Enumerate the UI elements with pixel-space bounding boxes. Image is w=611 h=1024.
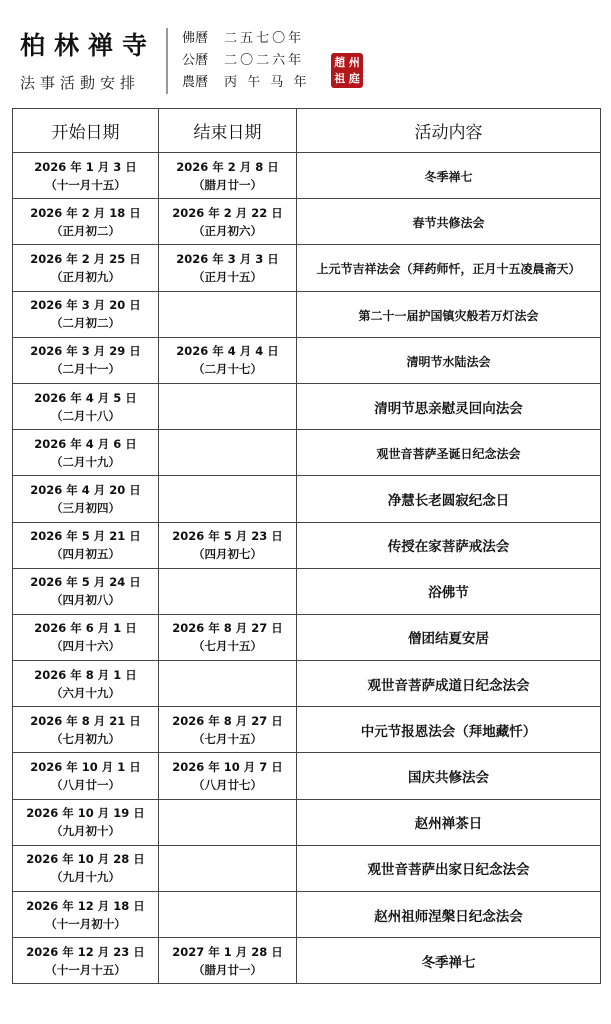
end-date-lunar: （腊月廿一）: [159, 961, 296, 979]
start-date-cell: 2026 年 8 月 1 日 （六月十九）: [13, 661, 159, 707]
start-date-lunar: （十一月十五）: [13, 961, 158, 979]
end-date-cell: 2026 年 8 月 27 日 （七月十五）: [159, 614, 297, 660]
activity-name: 传授在家菩萨戒法会: [388, 539, 510, 555]
start-date: 2026 年 3 月 20 日: [13, 296, 158, 314]
end-date-cell: [159, 661, 297, 707]
activity-cell: 冬季禅七: [297, 938, 601, 984]
seal-char: 祖: [333, 71, 347, 86]
end-date-lunar: （七月十五）: [159, 730, 296, 748]
calendar-value: 丙 午 马 年: [224, 75, 309, 90]
table-row: 2026 年 3 月 29 日 （二月十一） 2026 年 4 月 4 日 （二…: [13, 337, 601, 383]
start-date: 2026 年 4 月 5 日: [13, 389, 158, 407]
activity-cell: 清明节思亲慰灵回向法会: [297, 383, 601, 429]
start-date-cell: 2026 年 6 月 1 日 （四月十六）: [13, 614, 159, 660]
table-row: 2026 年 12 月 18 日 （十一月初十） 赵州祖师涅槃日纪念法会: [13, 892, 601, 938]
end-date-cell: [159, 845, 297, 891]
gregorian-calendar-year: 公曆 二〇二六年: [182, 50, 310, 72]
end-date-lunar: （正月初六）: [159, 222, 296, 240]
activity-cell: 净慧长老圆寂纪念日: [297, 476, 601, 522]
red-seal-stamp-icon: 趙 州 祖 庭: [331, 53, 363, 88]
end-date-cell: 2026 年 8 月 27 日 （七月十五）: [159, 707, 297, 753]
table-row: 2026 年 10 月 28 日 （九月十九） 观世音菩萨出家日纪念法会: [13, 845, 601, 891]
end-date-cell: 2026 年 3 月 3 日 （正月十五）: [159, 245, 297, 291]
start-date: 2026 年 3 月 29 日: [13, 342, 158, 360]
start-date-lunar: （二月十一）: [13, 360, 158, 378]
start-date-lunar: （十一月十五）: [13, 176, 158, 194]
column-header-end-date: 结束日期: [159, 109, 297, 153]
table-row: 2026 年 2 月 18 日 （正月初二） 2026 年 2 月 22 日 （…: [13, 199, 601, 245]
end-date-cell: [159, 799, 297, 845]
column-header-start-date: 开始日期: [13, 109, 159, 153]
end-date: 2026 年 10 月 7 日: [159, 758, 296, 776]
schedule-subtitle: 法事活動安排: [20, 72, 140, 93]
table-row: 2026 年 1 月 3 日 （十一月十五） 2026 年 2 月 8 日 （腊…: [13, 153, 601, 199]
activity-name: 赵州祖师涅槃日纪念法会: [374, 909, 523, 925]
activity-cell: 观世音菩萨圣诞日纪念法会: [297, 430, 601, 476]
start-date: 2026 年 5 月 24 日: [13, 573, 158, 591]
start-date-cell: 2026 年 1 月 3 日 （十一月十五）: [13, 153, 159, 199]
start-date-lunar: （正月初二）: [13, 222, 158, 240]
start-date-lunar: （八月廿一）: [13, 776, 158, 794]
end-date-cell: 2026 年 10 月 7 日 （八月廿七）: [159, 753, 297, 799]
end-date-lunar: （四月初七）: [159, 545, 296, 563]
start-date: 2026 年 10 月 1 日: [13, 758, 158, 776]
start-date-cell: 2026 年 10 月 1 日 （八月廿一）: [13, 753, 159, 799]
end-date-cell: 2027 年 1 月 28 日 （腊月廿一）: [159, 938, 297, 984]
end-date: 2026 年 4 月 4 日: [159, 342, 296, 360]
start-date: 2026 年 10 月 19 日: [13, 804, 158, 822]
calendar-years: 佛曆 二五七〇年 公曆 二〇二六年 農曆 丙 午 马 年: [182, 28, 310, 94]
table-row: 2026 年 3 月 20 日 （二月初二） 第二十一届护国镇灾般若万灯法会: [13, 291, 601, 337]
start-date-cell: 2026 年 10 月 19 日 （九月初十）: [13, 799, 159, 845]
start-date-cell: 2026 年 4 月 6 日 （二月十九）: [13, 430, 159, 476]
lunar-calendar-year: 農曆 丙 午 马 年: [182, 72, 310, 94]
start-date: 2026 年 12 月 23 日: [13, 943, 158, 961]
start-date: 2026 年 2 月 18 日: [13, 204, 158, 222]
table-row: 2026 年 12 月 23 日 （十一月十五） 2027 年 1 月 28 日…: [13, 938, 601, 984]
end-date: 2027 年 1 月 28 日: [159, 943, 296, 961]
calendar-label: 公曆: [182, 50, 220, 72]
start-date: 2026 年 2 月 25 日: [13, 250, 158, 268]
end-date-lunar: （腊月廿一）: [159, 176, 296, 194]
end-date: 2026 年 2 月 22 日: [159, 204, 296, 222]
start-date: 2026 年 10 月 28 日: [13, 850, 158, 868]
table-row: 2026 年 4 月 6 日 （二月十九） 观世音菩萨圣诞日纪念法会: [13, 430, 601, 476]
activity-name: 冬季禅七: [422, 955, 476, 971]
start-date-cell: 2026 年 2 月 18 日 （正月初二）: [13, 199, 159, 245]
start-date: 2026 年 12 月 18 日: [13, 897, 158, 915]
activity-name: 清明节思亲慰灵回向法会: [374, 401, 523, 417]
activity-name: 上元节吉祥法会（拜药师忏，正月十五凌晨斋天）: [316, 262, 580, 276]
start-date-lunar: （七月初九）: [13, 730, 158, 748]
activity-name: 浴佛节: [428, 585, 469, 601]
activity-name: 春节共修法会: [412, 216, 484, 230]
end-date-lunar: （二月十七）: [159, 360, 296, 378]
end-date-cell: [159, 568, 297, 614]
activity-cell: 观世音菩萨成道日纪念法会: [297, 661, 601, 707]
end-date-lunar: （八月廿七）: [159, 776, 296, 794]
start-date: 2026 年 4 月 20 日: [13, 481, 158, 499]
end-date-cell: [159, 476, 297, 522]
activity-cell: 赵州禅茶日: [297, 799, 601, 845]
activity-name: 冬季禅七: [424, 170, 472, 184]
calendar-value: 二〇二六年: [224, 53, 304, 68]
table-row: 2026 年 5 月 21 日 （四月初五） 2026 年 5 月 23 日 （…: [13, 522, 601, 568]
start-date-cell: 2026 年 4 月 20 日 （三月初四）: [13, 476, 159, 522]
activity-cell: 春节共修法会: [297, 199, 601, 245]
start-date-lunar: （四月初五）: [13, 545, 158, 563]
table-row: 2026 年 5 月 24 日 （四月初八） 浴佛节: [13, 568, 601, 614]
activity-cell: 上元节吉祥法会（拜药师忏，正月十五凌晨斋天）: [297, 245, 601, 291]
page-header: 柏林禅寺 法事活動安排 佛曆 二五七〇年 公曆 二〇二六年 農曆 丙 午 马 年…: [0, 0, 611, 100]
end-date-cell: [159, 430, 297, 476]
start-date: 2026 年 6 月 1 日: [13, 619, 158, 637]
activity-cell: 浴佛节: [297, 568, 601, 614]
start-date-lunar: （正月初九）: [13, 268, 158, 286]
seal-char: 庭: [348, 71, 362, 86]
seal-char: 州: [348, 55, 362, 70]
activity-name: 净慧长老圆寂纪念日: [388, 493, 510, 509]
end-date-cell: [159, 383, 297, 429]
seal-char: 趙: [333, 55, 347, 70]
start-date-lunar: （二月十八）: [13, 407, 158, 425]
table-header-row: 开始日期 结束日期 活动内容: [13, 109, 601, 153]
events-schedule-table: 开始日期 结束日期 活动内容 2026 年 1 月 3 日 （十一月十五） 20…: [12, 108, 601, 984]
activity-name: 观世音菩萨出家日纪念法会: [368, 862, 530, 878]
start-date-cell: 2026 年 10 月 28 日 （九月十九）: [13, 845, 159, 891]
start-date-cell: 2026 年 8 月 21 日 （七月初九）: [13, 707, 159, 753]
end-date-cell: [159, 291, 297, 337]
activity-name: 观世音菩萨圣诞日纪念法会: [376, 447, 520, 461]
column-header-activity: 活动内容: [297, 109, 601, 153]
activity-cell: 清明节水陆法会: [297, 337, 601, 383]
start-date-cell: 2026 年 3 月 20 日 （二月初二）: [13, 291, 159, 337]
table-row: 2026 年 8 月 1 日 （六月十九） 观世音菩萨成道日纪念法会: [13, 661, 601, 707]
activity-cell: 中元节报恩法会（拜地藏忏）: [297, 707, 601, 753]
table-row: 2026 年 8 月 21 日 （七月初九） 2026 年 8 月 27 日 （…: [13, 707, 601, 753]
start-date-cell: 2026 年 5 月 24 日 （四月初八）: [13, 568, 159, 614]
activity-name: 僧团结夏安居: [408, 631, 489, 647]
start-date: 2026 年 4 月 6 日: [13, 435, 158, 453]
header-divider: [166, 28, 168, 94]
start-date: 2026 年 8 月 21 日: [13, 712, 158, 730]
calendar-value: 二五七〇年: [224, 31, 304, 46]
end-date-lunar: （七月十五）: [159, 637, 296, 655]
start-date-lunar: （二月十九）: [13, 453, 158, 471]
activity-name: 赵州禅茶日: [415, 816, 483, 832]
end-date-cell: 2026 年 5 月 23 日 （四月初七）: [159, 522, 297, 568]
activity-name: 国庆共修法会: [408, 770, 489, 786]
start-date-lunar: （四月初八）: [13, 591, 158, 609]
buddhist-calendar-year: 佛曆 二五七〇年: [182, 28, 310, 50]
table-row: 2026 年 10 月 19 日 （九月初十） 赵州禅茶日: [13, 799, 601, 845]
end-date-cell: 2026 年 2 月 8 日 （腊月廿一）: [159, 153, 297, 199]
start-date-cell: 2026 年 12 月 18 日 （十一月初十）: [13, 892, 159, 938]
temple-name: 柏林禅寺: [20, 26, 156, 62]
activity-cell: 国庆共修法会: [297, 753, 601, 799]
start-date-lunar: （六月十九）: [13, 684, 158, 702]
start-date-cell: 2026 年 12 月 23 日 （十一月十五）: [13, 938, 159, 984]
table-row: 2026 年 4 月 5 日 （二月十八） 清明节思亲慰灵回向法会: [13, 383, 601, 429]
end-date: 2026 年 8 月 27 日: [159, 712, 296, 730]
start-date-cell: 2026 年 4 月 5 日 （二月十八）: [13, 383, 159, 429]
start-date-cell: 2026 年 2 月 25 日 （正月初九）: [13, 245, 159, 291]
activity-cell: 僧团结夏安居: [297, 614, 601, 660]
activity-name: 中元节报恩法会（拜地藏忏）: [361, 724, 537, 740]
start-date: 2026 年 1 月 3 日: [13, 158, 158, 176]
end-date: 2026 年 8 月 27 日: [159, 619, 296, 637]
start-date-lunar: （二月初二）: [13, 314, 158, 332]
calendar-label: 佛曆: [182, 28, 220, 50]
end-date-cell: 2026 年 4 月 4 日 （二月十七）: [159, 337, 297, 383]
activity-cell: 观世音菩萨出家日纪念法会: [297, 845, 601, 891]
activity-cell: 赵州祖师涅槃日纪念法会: [297, 892, 601, 938]
end-date: 2026 年 2 月 8 日: [159, 158, 296, 176]
end-date: 2026 年 3 月 3 日: [159, 250, 296, 268]
start-date: 2026 年 5 月 21 日: [13, 527, 158, 545]
activity-name: 观世音菩萨成道日纪念法会: [368, 678, 530, 694]
table-row: 2026 年 2 月 25 日 （正月初九） 2026 年 3 月 3 日 （正…: [13, 245, 601, 291]
table-row: 2026 年 6 月 1 日 （四月十六） 2026 年 8 月 27 日 （七…: [13, 614, 601, 660]
start-date-lunar: （四月十六）: [13, 637, 158, 655]
table-row: 2026 年 10 月 1 日 （八月廿一） 2026 年 10 月 7 日 （…: [13, 753, 601, 799]
start-date-lunar: （三月初四）: [13, 499, 158, 517]
start-date-lunar: （九月初十）: [13, 822, 158, 840]
activity-name: 清明节水陆法会: [406, 355, 490, 369]
end-date: 2026 年 5 月 23 日: [159, 527, 296, 545]
start-date-lunar: （九月十九）: [13, 868, 158, 886]
activity-cell: 冬季禅七: [297, 153, 601, 199]
activity-name: 第二十一届护国镇灾般若万灯法会: [358, 309, 538, 323]
start-date-cell: 2026 年 5 月 21 日 （四月初五）: [13, 522, 159, 568]
table-row: 2026 年 4 月 20 日 （三月初四） 净慧长老圆寂纪念日: [13, 476, 601, 522]
start-date-cell: 2026 年 3 月 29 日 （二月十一）: [13, 337, 159, 383]
activity-cell: 传授在家菩萨戒法会: [297, 522, 601, 568]
activity-cell: 第二十一届护国镇灾般若万灯法会: [297, 291, 601, 337]
end-date-cell: 2026 年 2 月 22 日 （正月初六）: [159, 199, 297, 245]
end-date-lunar: （正月十五）: [159, 268, 296, 286]
start-date: 2026 年 8 月 1 日: [13, 666, 158, 684]
calendar-label: 農曆: [182, 72, 220, 94]
end-date-cell: [159, 892, 297, 938]
start-date-lunar: （十一月初十）: [13, 915, 158, 933]
